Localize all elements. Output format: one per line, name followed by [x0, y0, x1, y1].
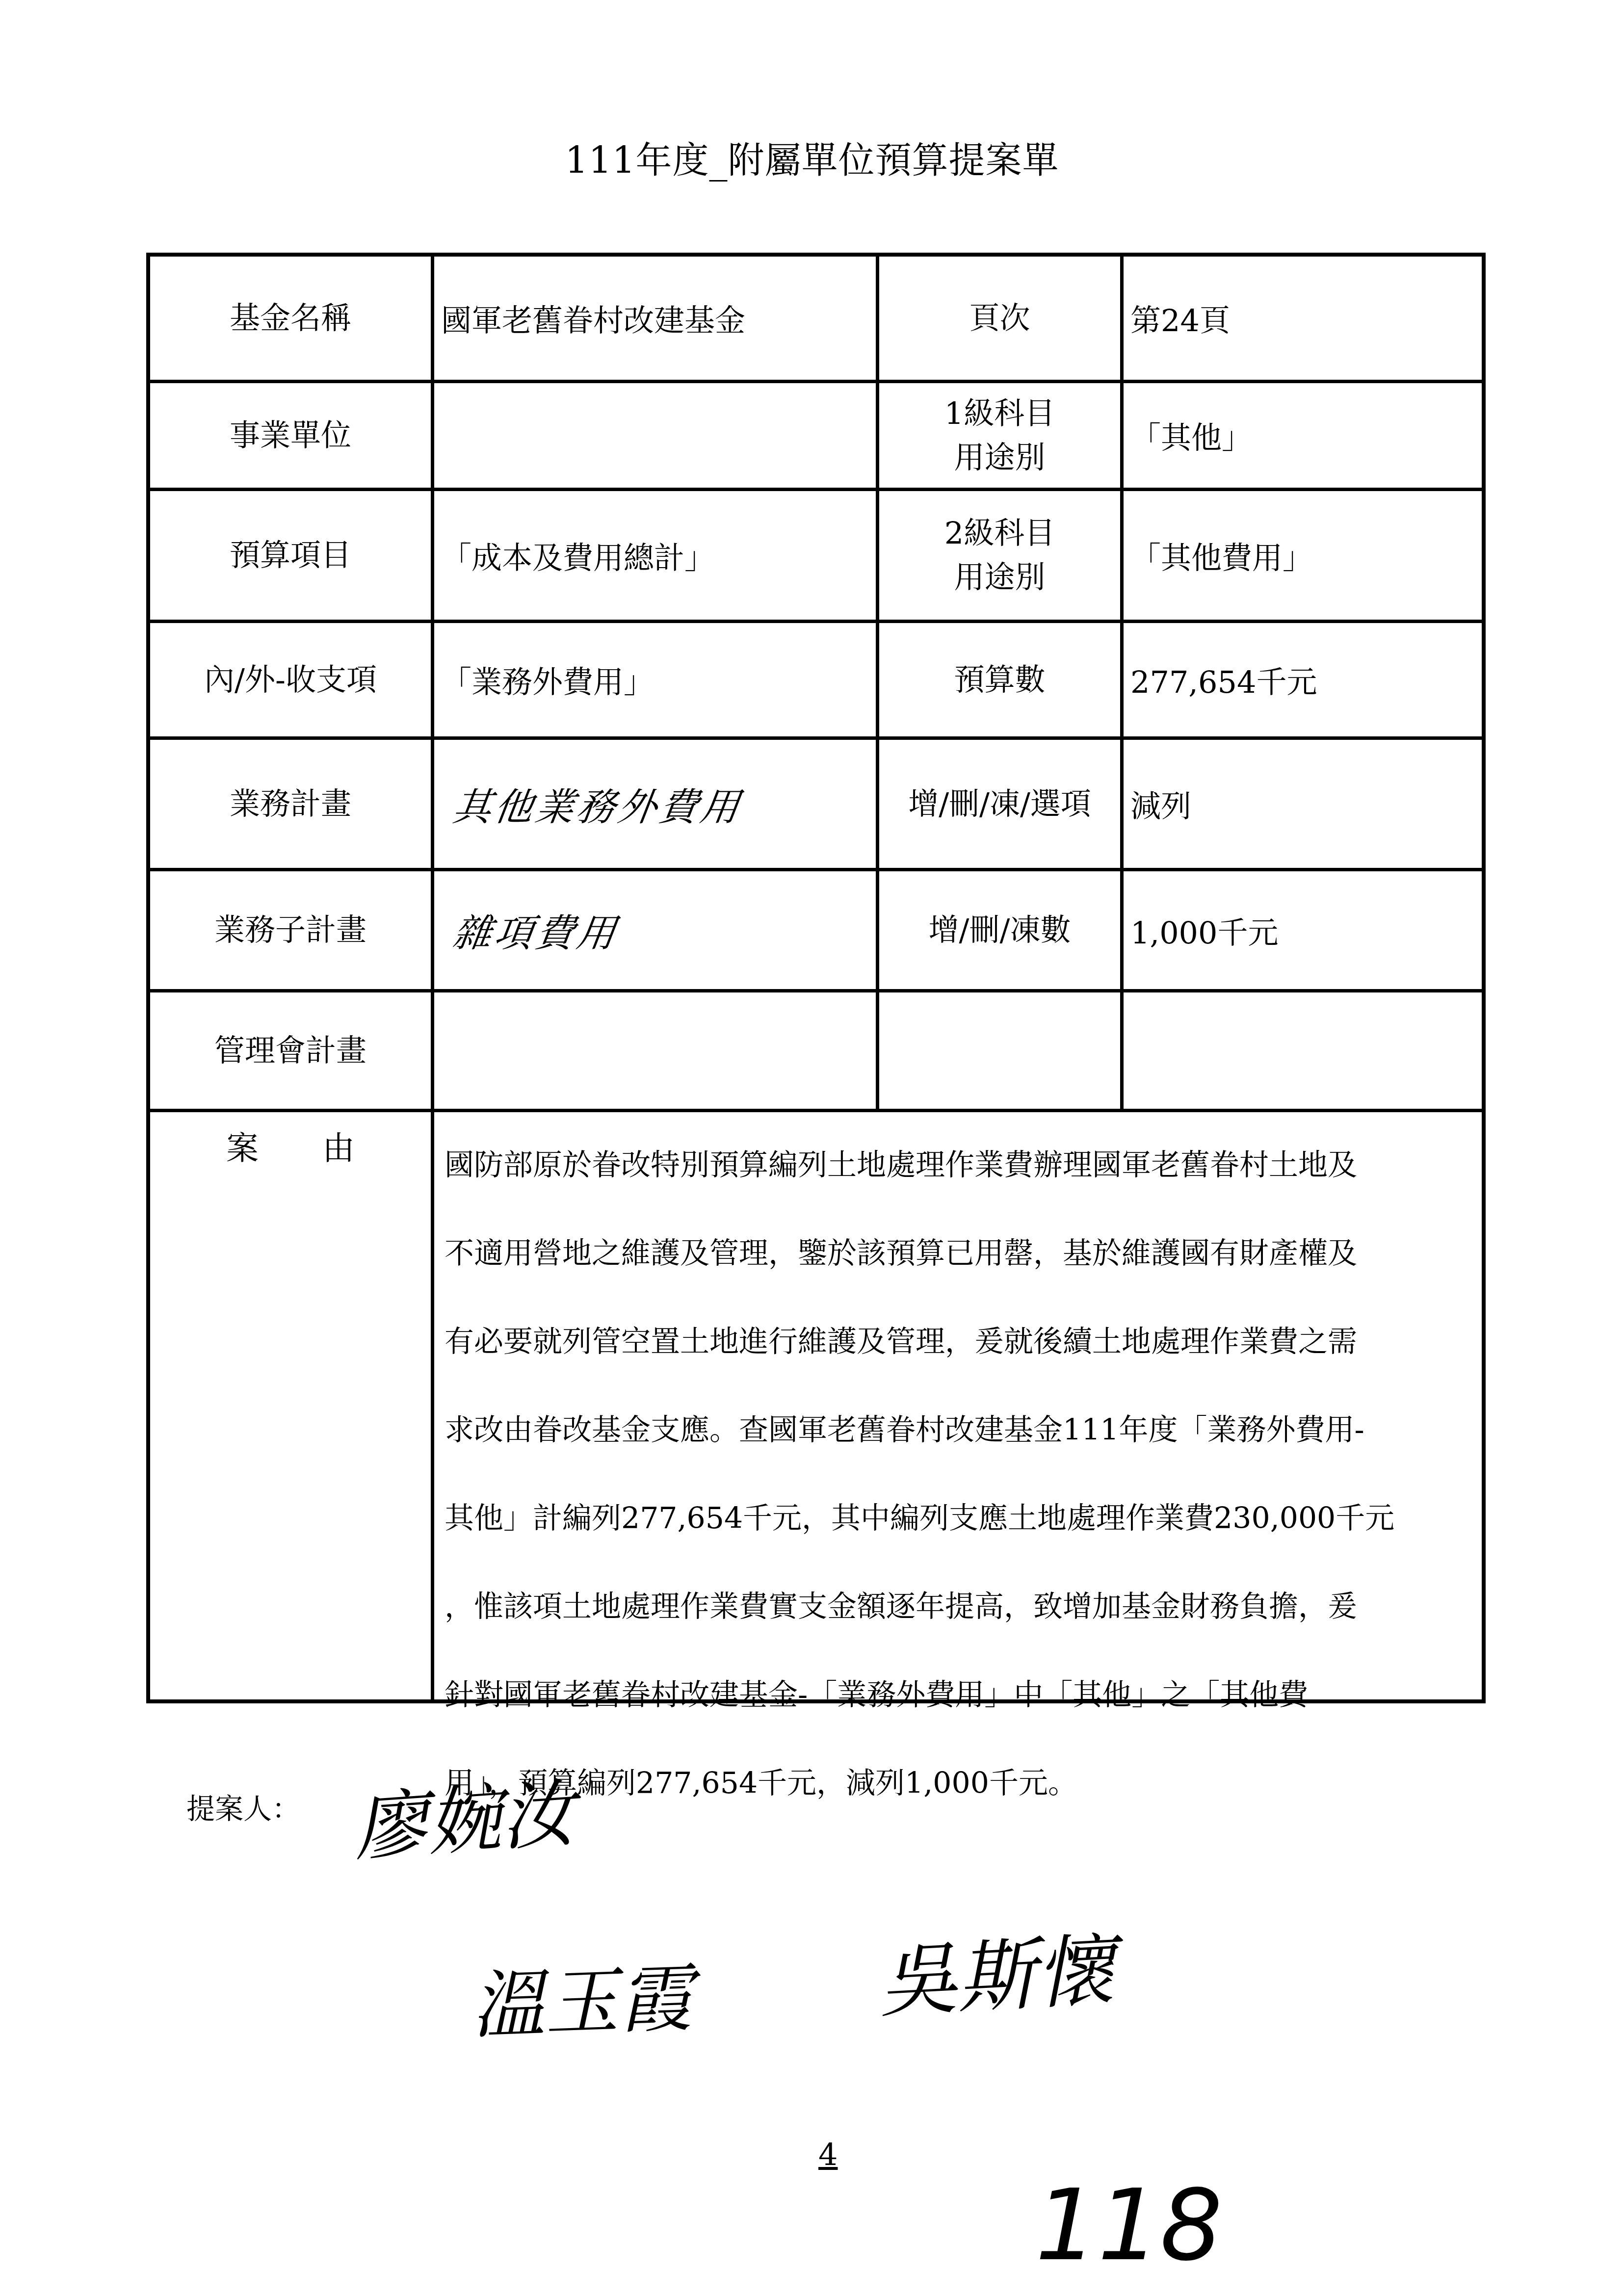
value-level2-account: 「其他費用」: [1124, 491, 1482, 620]
label-income-expense-type: 內/外-收支項: [150, 623, 431, 736]
label-empty: [879, 992, 1120, 1109]
label-business-plan: 業務計畫: [150, 740, 431, 868]
signature-2: 溫玉霞: [469, 1939, 693, 2053]
budget-proposal-table: 基金名稱 國軍老舊眷村改建基金 頁次 第24頁 事業單位 1級科目 用途別 「其…: [146, 253, 1486, 1703]
row-divider: [150, 989, 1482, 992]
reason-label-char-2: 由: [322, 1122, 355, 1169]
reason-line: 其他」計編列277,654千元，其中編列支應土地處理作業費230,000千元: [445, 1474, 1480, 1563]
page-number: 4: [818, 2137, 838, 2172]
col-divider: [876, 257, 879, 1111]
proposer-label: 提案人：: [186, 1786, 300, 1827]
reason-section: 案 由 國防部原於眷改特別預算編列土地處理作業費辦理國軍老舊眷村土地及 不適用營…: [150, 1112, 1482, 1699]
value-budget-amount: 277,654千元: [1124, 623, 1482, 736]
col-divider: [1120, 257, 1124, 1111]
reason-text: 國防部原於眷改特別預算編列土地處理作業費辦理國軍老舊眷村土地及 不適用營地之維護…: [445, 1112, 1480, 1827]
value-fund-name: 國軍老舊眷村改建基金: [434, 257, 876, 380]
row-divider: [150, 620, 1482, 623]
value-adjust-option: 減列: [1124, 740, 1482, 868]
value-business-unit: [434, 383, 876, 488]
row-divider: [150, 736, 1482, 740]
value-income-expense-type: 「業務外費用」: [434, 623, 876, 736]
value-sub-plan-handwritten: 雜項費用: [426, 871, 884, 989]
label-level2-account: 2級科目 用途別: [879, 491, 1120, 620]
label-page: 頁次: [879, 257, 1120, 380]
label-level1-account-line2: 用途別: [954, 436, 1045, 480]
value-level1-account: 「其他」: [1124, 383, 1482, 488]
reason-line: 針對國軍老舊眷村改建基金-「業務外費用」中「其他」之「其他費: [445, 1651, 1480, 1739]
row-divider: [150, 488, 1482, 491]
row-divider: [150, 868, 1482, 871]
handwritten-page-number: 118: [1035, 2168, 1223, 2283]
value-page: 第24頁: [1124, 257, 1482, 380]
reason-line: 求改由眷改基金支應。查國軍老舊眷村改建基金111年度「業務外費用-: [445, 1386, 1480, 1474]
signature-3: 吳斯懷: [875, 1907, 1116, 2033]
row-divider: [150, 380, 1482, 383]
reason-label-char-1: 案: [226, 1122, 259, 1169]
label-sub-plan: 業務子計畫: [150, 871, 431, 989]
label-level2-account-line1: 2級科目: [944, 511, 1055, 555]
reason-label: 案 由: [150, 1122, 431, 1169]
reason-line: 國防部原於眷改特別預算編列土地處理作業費辦理國軍老舊眷村土地及: [445, 1121, 1480, 1209]
reason-line: 有必要就列管空置土地進行維護及管理，爰就後續土地處理作業費之需: [445, 1298, 1480, 1386]
label-business-unit: 事業單位: [150, 383, 431, 488]
reason-line: ，惟該項土地處理作業費實支金額逐年提高，致增加基金財務負擔，爰: [445, 1563, 1480, 1651]
row-divider: [150, 1109, 1482, 1112]
label-management-plan: 管理會計畫: [150, 992, 431, 1109]
label-level1-account-line1: 1級科目: [944, 391, 1055, 436]
reason-line: 用」，預算編列277,654千元，減列1,000千元。: [445, 1739, 1480, 1827]
value-adjust-amount: 1,000千元: [1124, 871, 1482, 989]
label-level1-account: 1級科目 用途別: [879, 383, 1120, 488]
label-adjust-option: 增/刪/凍/選項: [879, 740, 1120, 868]
value-budget-item: 「成本及費用總計」: [434, 491, 876, 620]
label-budget-item: 預算項目: [150, 491, 431, 620]
reason-line: 不適用營地之維護及管理，鑒於該預算已用罄，基於維護國有財產權及: [445, 1209, 1480, 1298]
label-budget-amount: 預算數: [879, 623, 1120, 736]
value-management-plan: [434, 992, 876, 1109]
signature-1: 廖婉汝: [350, 1754, 577, 1875]
value-empty: [1124, 992, 1482, 1109]
label-adjust-amount: 增/刪/凍數: [879, 871, 1120, 989]
label-level2-account-line2: 用途別: [954, 555, 1045, 600]
label-fund-name: 基金名稱: [150, 257, 431, 380]
document-title: 111年度_附屬單位預算提案單: [0, 131, 1624, 183]
value-business-plan-handwritten: 其他業務外費用: [425, 740, 885, 868]
